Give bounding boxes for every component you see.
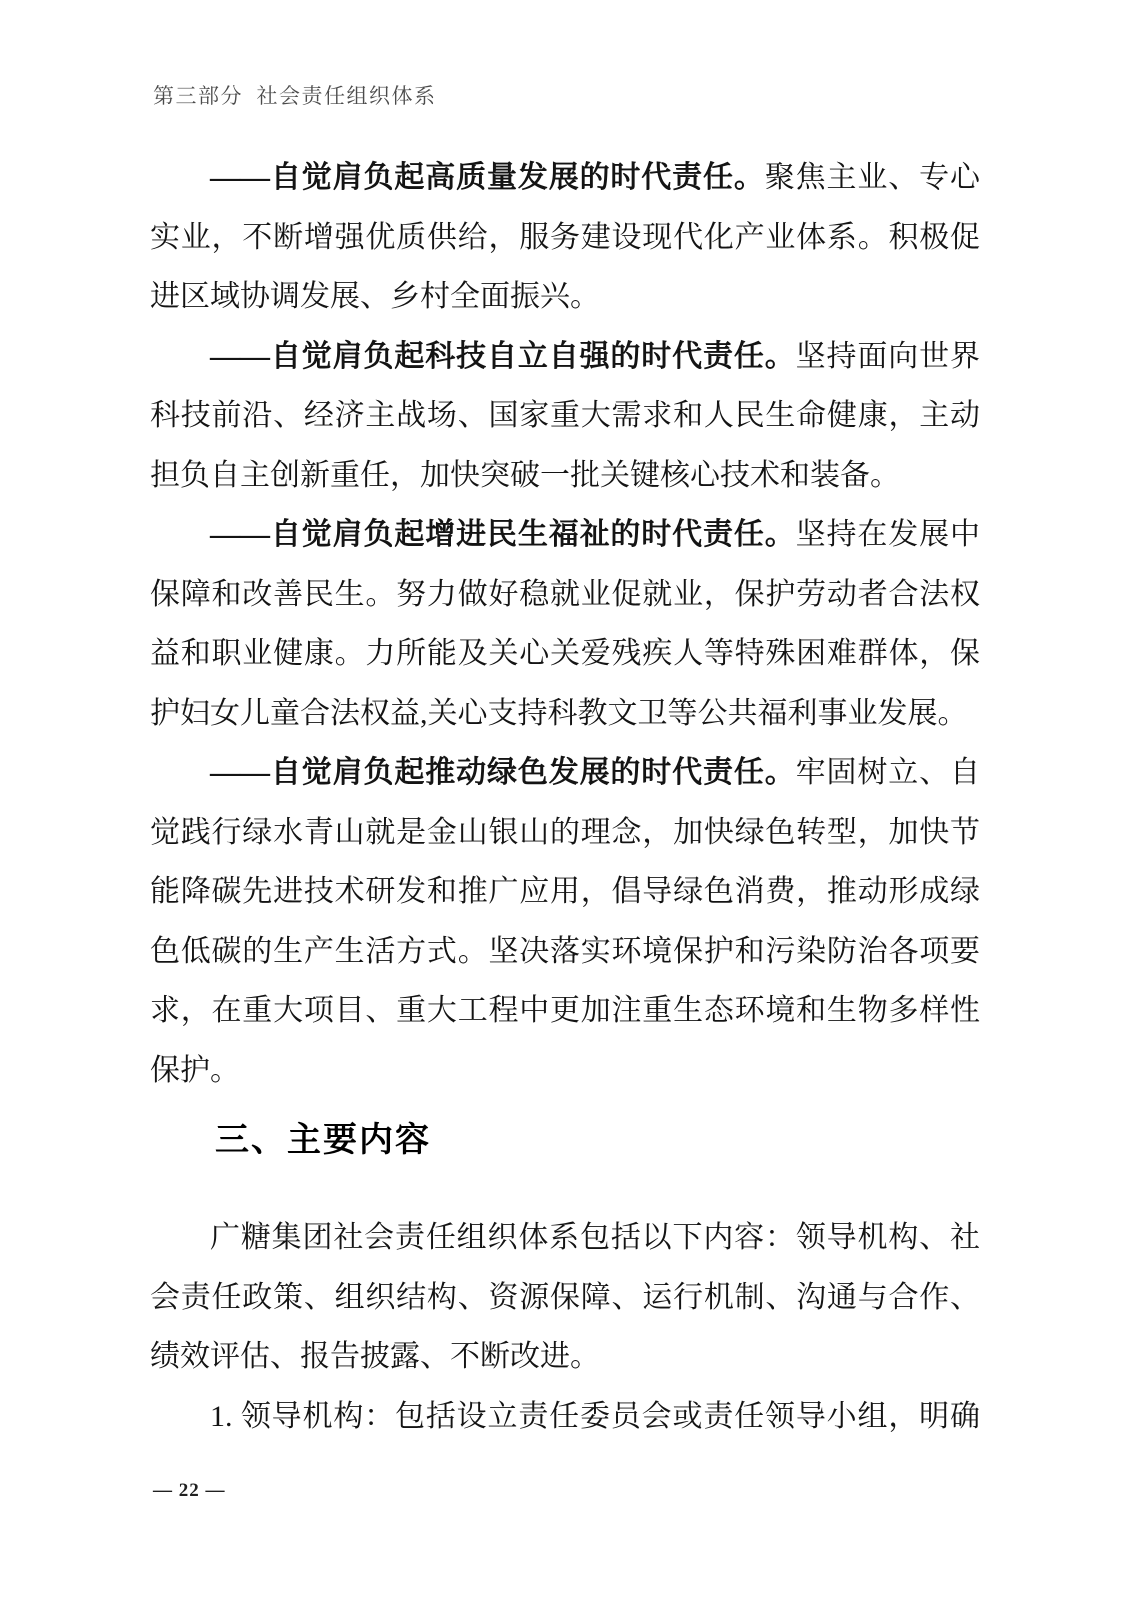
footer-page-number: — 22 — [153, 1480, 226, 1502]
paragraph-responsibility-green: ——自觉肩负起推动绿色发展的时代责任。牢固树立、自 觉践行绿水青山就是金山银山的… [150, 743, 980, 1100]
text-line: ——自觉肩负起高质量发展的时代责任。聚焦主业、专心 [150, 148, 980, 208]
text-line: 护妇女儿童合法权益,关心支持科教文卫等公共福利事业发展。 [150, 684, 980, 744]
text-line: 色低碳的生产生活方式。坚决落实环境保护和污染防治各项要 [150, 922, 980, 982]
text-line: 担负自主创新重任，加快突破一批关键核心技术和装备。 [150, 446, 980, 506]
paragraph-responsibility-quality: ——自觉肩负起高质量发展的时代责任。聚焦主业、专心 实业，不断增强优质供给，服务… [150, 148, 980, 327]
paragraph-responsibility-tech: ——自觉肩负起科技自立自强的时代责任。坚持面向世界 科技前沿、经济主战场、国家重… [150, 327, 980, 506]
text-line: 求，在重大项目、重大工程中更加注重生态环境和生物多样性 [150, 981, 980, 1041]
text-line: 1. 领导机构：包括设立责任委员会或责任领导小组，明确 [150, 1387, 980, 1447]
document-page: 第三部分 社会责任组织体系 ——自觉肩负起高质量发展的时代责任。聚焦主业、专心 … [0, 0, 1131, 1600]
paragraph-text: 聚焦主业、专心 [765, 161, 980, 194]
text-line: 保障和改善民生。努力做好稳就业促就业，保护劳动者合法权 [150, 565, 980, 625]
text-line: 能降碳先进技术研发和推广应用，倡导绿色消费，推动形成绿 [150, 862, 980, 922]
paragraph-bold-lead: ——自觉肩负起增进民生福祉的时代责任。 [210, 518, 796, 551]
text-line: 实业，不断增强优质供给，服务建设现代化产业体系。积极促 [150, 208, 980, 268]
paragraph-text: 坚持面向世界 [796, 340, 980, 373]
paragraph-responsibility-livelihood: ——自觉肩负起增进民生福祉的时代责任。坚持在发展中 保障和改善民生。努力做好稳就… [150, 505, 980, 743]
text-line: 觉践行绿水青山就是金山银山的理念，加快绿色转型，加快节 [150, 803, 980, 863]
text-line: 广糖集团社会责任组织体系包括以下内容：领导机构、社 [150, 1208, 980, 1268]
text-line: 益和职业健康。力所能及关心关爱残疾人等特殊困难群体，保 [150, 624, 980, 684]
text-line: ——自觉肩负起增进民生福祉的时代责任。坚持在发展中 [150, 505, 980, 565]
paragraph-bold-lead: ——自觉肩负起高质量发展的时代责任。 [210, 161, 765, 194]
text-line: 保护。 [150, 1041, 980, 1101]
paragraph-text: 坚持在发展中 [796, 518, 980, 551]
paragraph-numbered-item-1: 1. 领导机构：包括设立责任委员会或责任领导小组，明确 [150, 1387, 980, 1447]
text-line: 进区域协调发展、乡村全面振兴。 [150, 267, 980, 327]
paragraph-system-contents: 广糖集团社会责任组织体系包括以下内容：领导机构、社 会责任政策、组织结构、资源保… [150, 1208, 980, 1387]
text-line: ——自觉肩负起科技自立自强的时代责任。坚持面向世界 [150, 327, 980, 387]
text-line: ——自觉肩负起推动绿色发展的时代责任。牢固树立、自 [150, 743, 980, 803]
paragraph-bold-lead: ——自觉肩负起推动绿色发展的时代责任。 [210, 756, 796, 789]
text-line: 科技前沿、经济主战场、国家重大需求和人民生命健康，主动 [150, 386, 980, 446]
paragraph-bold-lead: ——自觉肩负起科技自立自强的时代责任。 [210, 340, 796, 373]
paragraph-text: 牢固树立、自 [796, 756, 980, 789]
running-header: 第三部分 社会责任组织体系 [153, 80, 437, 110]
text-line: 会责任政策、组织结构、资源保障、运行机制、沟通与合作、 [150, 1268, 980, 1328]
page-body: ——自觉肩负起高质量发展的时代责任。聚焦主业、专心 实业，不断增强优质供给，服务… [150, 148, 980, 1446]
text-line: 绩效评估、报告披露、不断改进。 [150, 1327, 980, 1387]
section-heading-main-content: 三、主要内容 [150, 1118, 980, 1162]
